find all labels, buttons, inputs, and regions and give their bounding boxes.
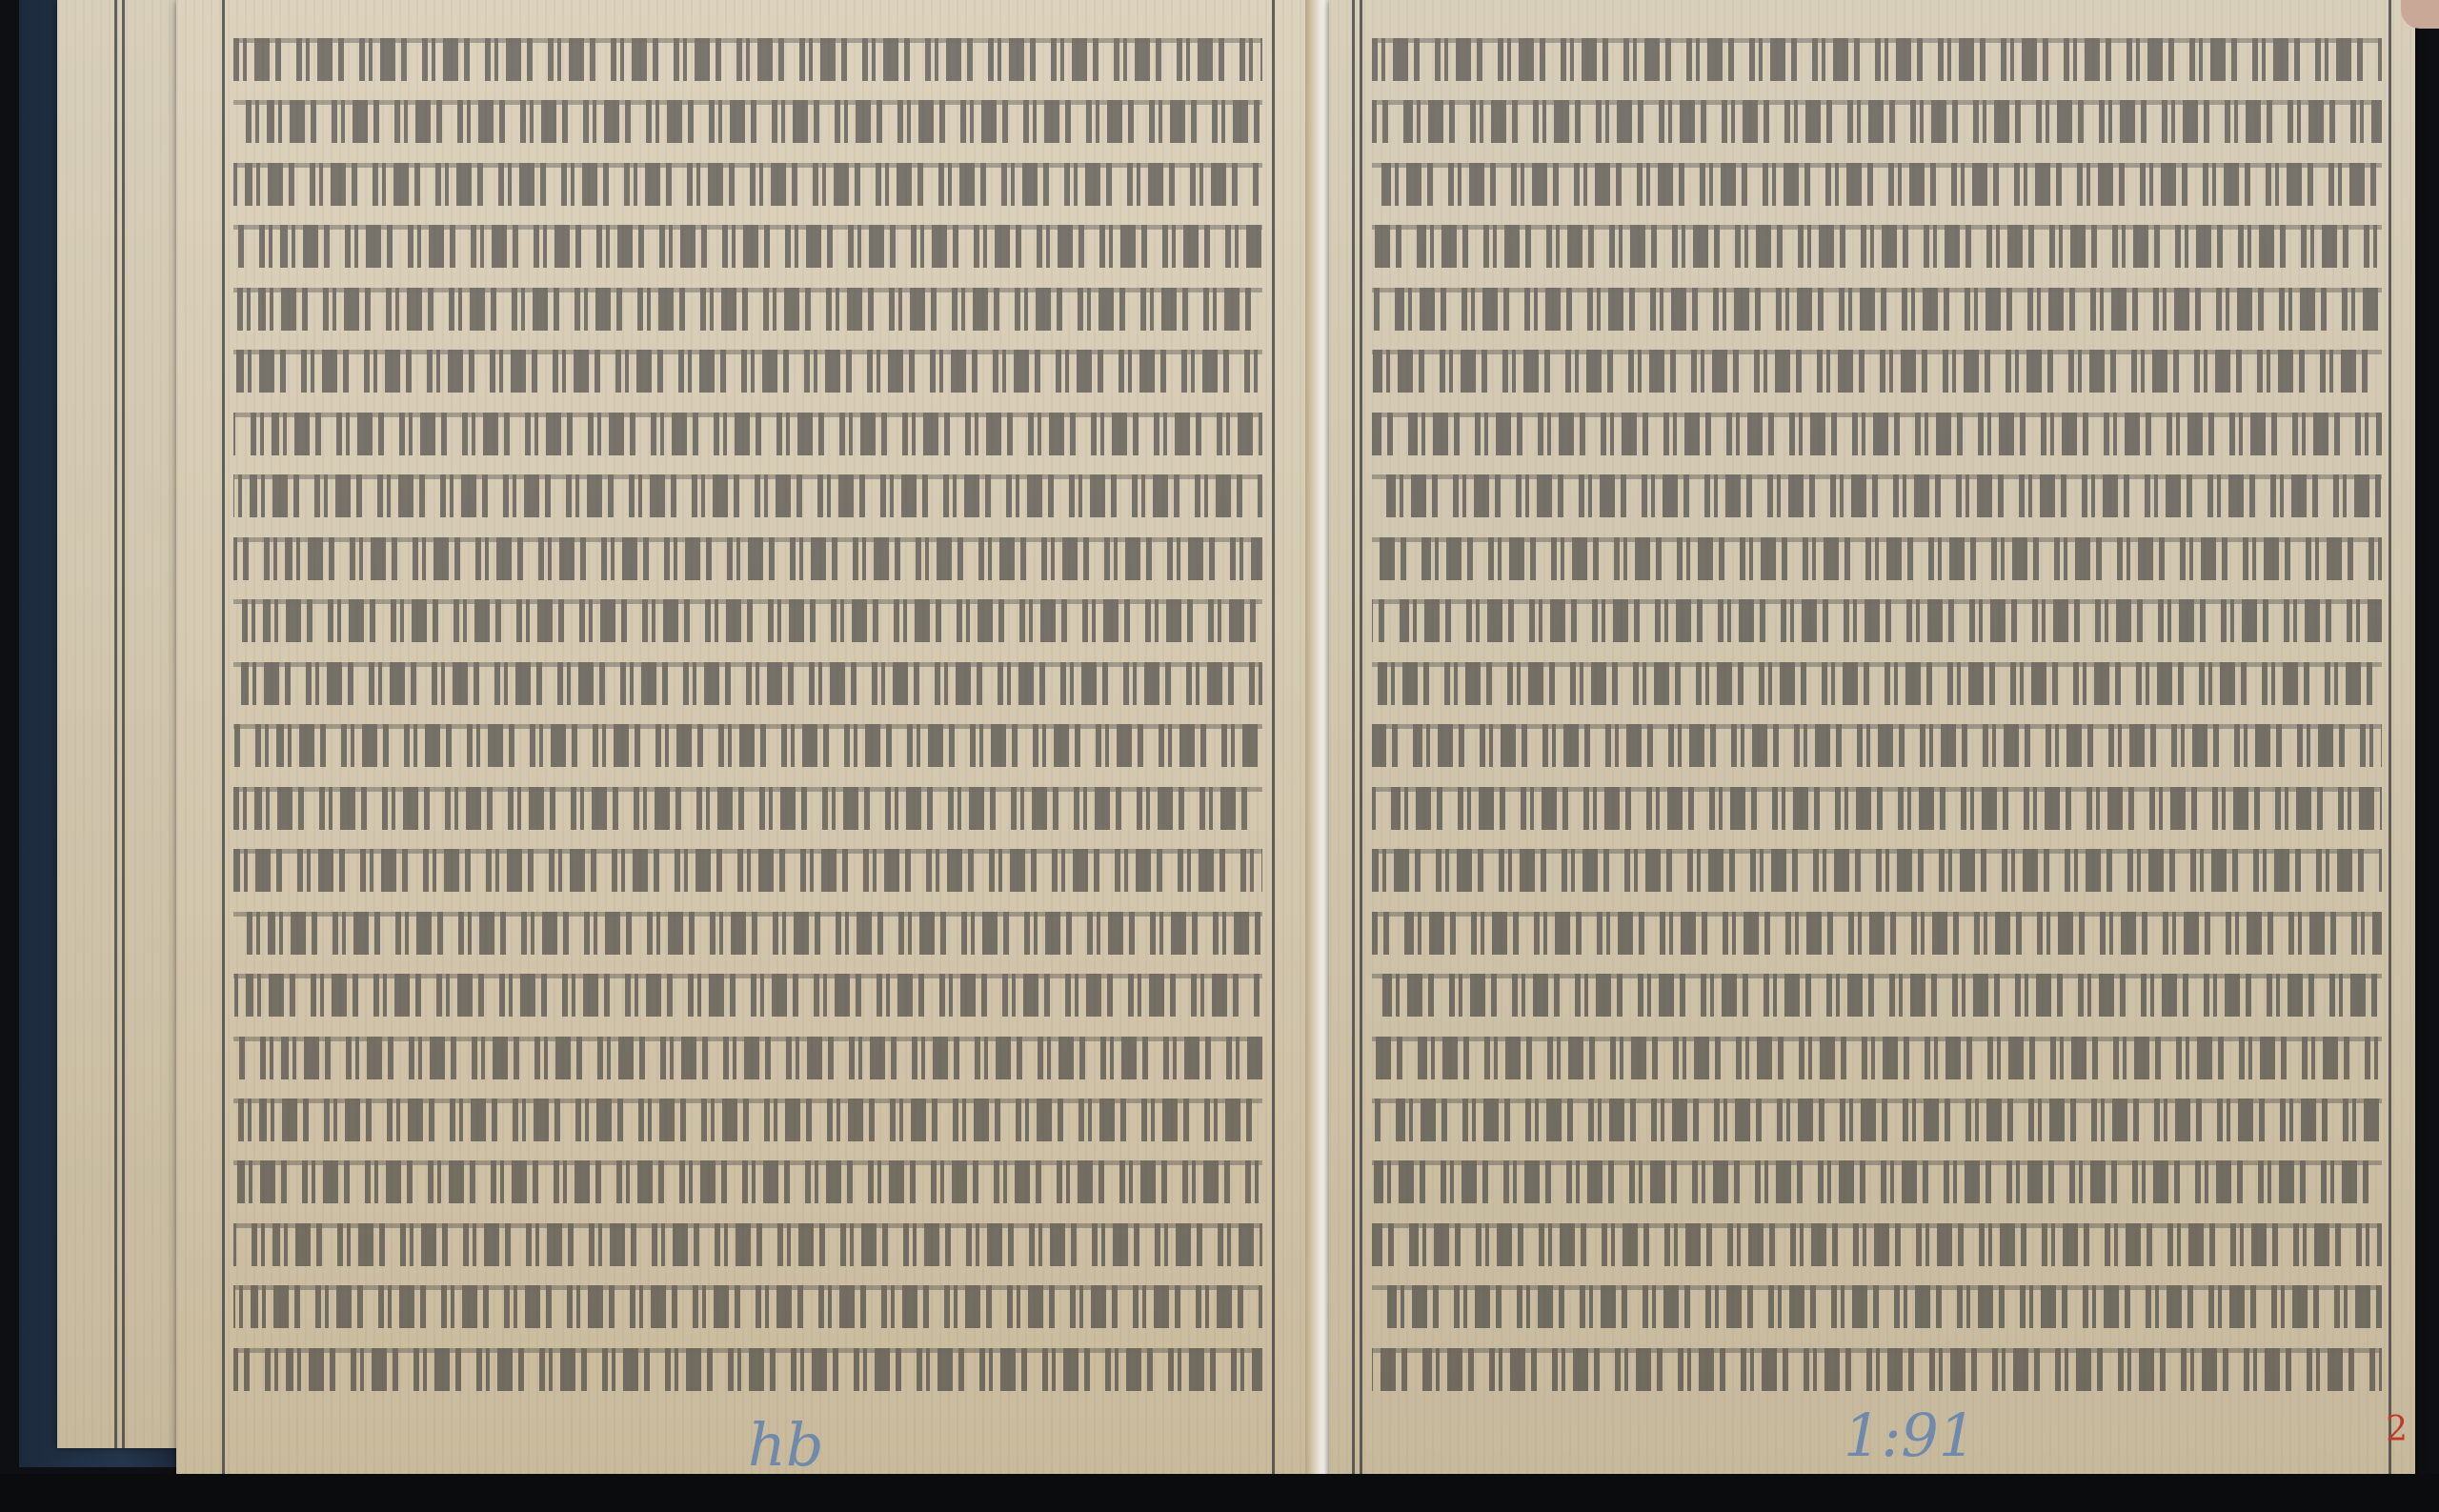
manuscript-text-line xyxy=(233,38,1262,81)
manuscript-text-line xyxy=(233,1285,1262,1328)
margin-rule xyxy=(122,0,125,1448)
manuscript-text-line xyxy=(233,662,1262,705)
manuscript-text-line xyxy=(233,537,1262,580)
manuscript-text-line xyxy=(1372,1160,2382,1203)
manuscript-text-line xyxy=(233,787,1262,830)
manuscript-text-line xyxy=(233,413,1262,455)
manuscript-text-line xyxy=(233,912,1262,955)
manuscript-text-line xyxy=(233,288,1262,331)
manuscript-text-line xyxy=(1372,849,2382,892)
red-corner-mark: 2 xyxy=(2386,1410,2408,1449)
left-margin-rule xyxy=(222,0,225,1482)
manuscript-text-line xyxy=(1372,163,2382,206)
manuscript-text-line xyxy=(233,1099,1262,1141)
manuscript-text-line xyxy=(233,350,1262,393)
manuscript-text-line xyxy=(1372,662,2382,705)
folio-number-right: 1:91 xyxy=(1844,1401,1976,1470)
manuscript-text-line xyxy=(1372,537,2382,580)
manuscript-text-line xyxy=(1372,100,2382,143)
right-margin-rule xyxy=(1272,0,1275,1482)
manuscript-text-line xyxy=(1372,724,2382,767)
manuscript-text-line xyxy=(233,100,1262,143)
manuscript-text-line xyxy=(233,724,1262,767)
manuscript-text-line xyxy=(233,1160,1262,1203)
manuscript-text-line xyxy=(233,974,1262,1017)
folio-number-left: hb xyxy=(748,1410,824,1480)
manuscript-text-line xyxy=(1372,1285,2382,1328)
manuscript-text-line xyxy=(1372,1348,2382,1391)
right-text-block xyxy=(1372,38,2382,1391)
manuscript-text-line xyxy=(1372,1037,2382,1079)
manuscript-text-line xyxy=(233,849,1262,892)
manuscript-text-line xyxy=(1372,350,2382,393)
manuscript-text-line xyxy=(1372,474,2382,517)
manuscript-text-line xyxy=(1372,38,2382,81)
manuscript-text-line xyxy=(233,225,1262,268)
manuscript-text-line xyxy=(233,474,1262,517)
manuscript-text-line xyxy=(1372,974,2382,1017)
manuscript-text-line xyxy=(1372,225,2382,268)
right-page: 1:91 2 xyxy=(1329,0,2415,1482)
right-margin-rule xyxy=(2389,0,2391,1482)
manuscript-text-line xyxy=(1372,1223,2382,1266)
manuscript-text-line xyxy=(233,599,1262,642)
manuscript-text-line xyxy=(1372,912,2382,955)
manuscript-text-line xyxy=(233,163,1262,206)
manuscript-text-line xyxy=(1372,787,2382,830)
manuscript-text-line xyxy=(1372,288,2382,331)
manuscript-text-line xyxy=(233,1348,1262,1391)
left-text-block xyxy=(233,38,1262,1391)
manuscript-text-line xyxy=(1372,413,2382,455)
margin-rule xyxy=(114,0,117,1448)
table-shadow xyxy=(0,1474,2439,1512)
left-page: hb xyxy=(176,0,1315,1482)
manuscript-text-line xyxy=(1372,1099,2382,1141)
manuscript-text-line xyxy=(1372,599,2382,642)
left-margin-rule xyxy=(1360,0,1362,1482)
manuscript-text-line xyxy=(233,1223,1262,1266)
manuscript-text-line xyxy=(233,1037,1262,1079)
left-margin-rule xyxy=(1352,0,1355,1482)
